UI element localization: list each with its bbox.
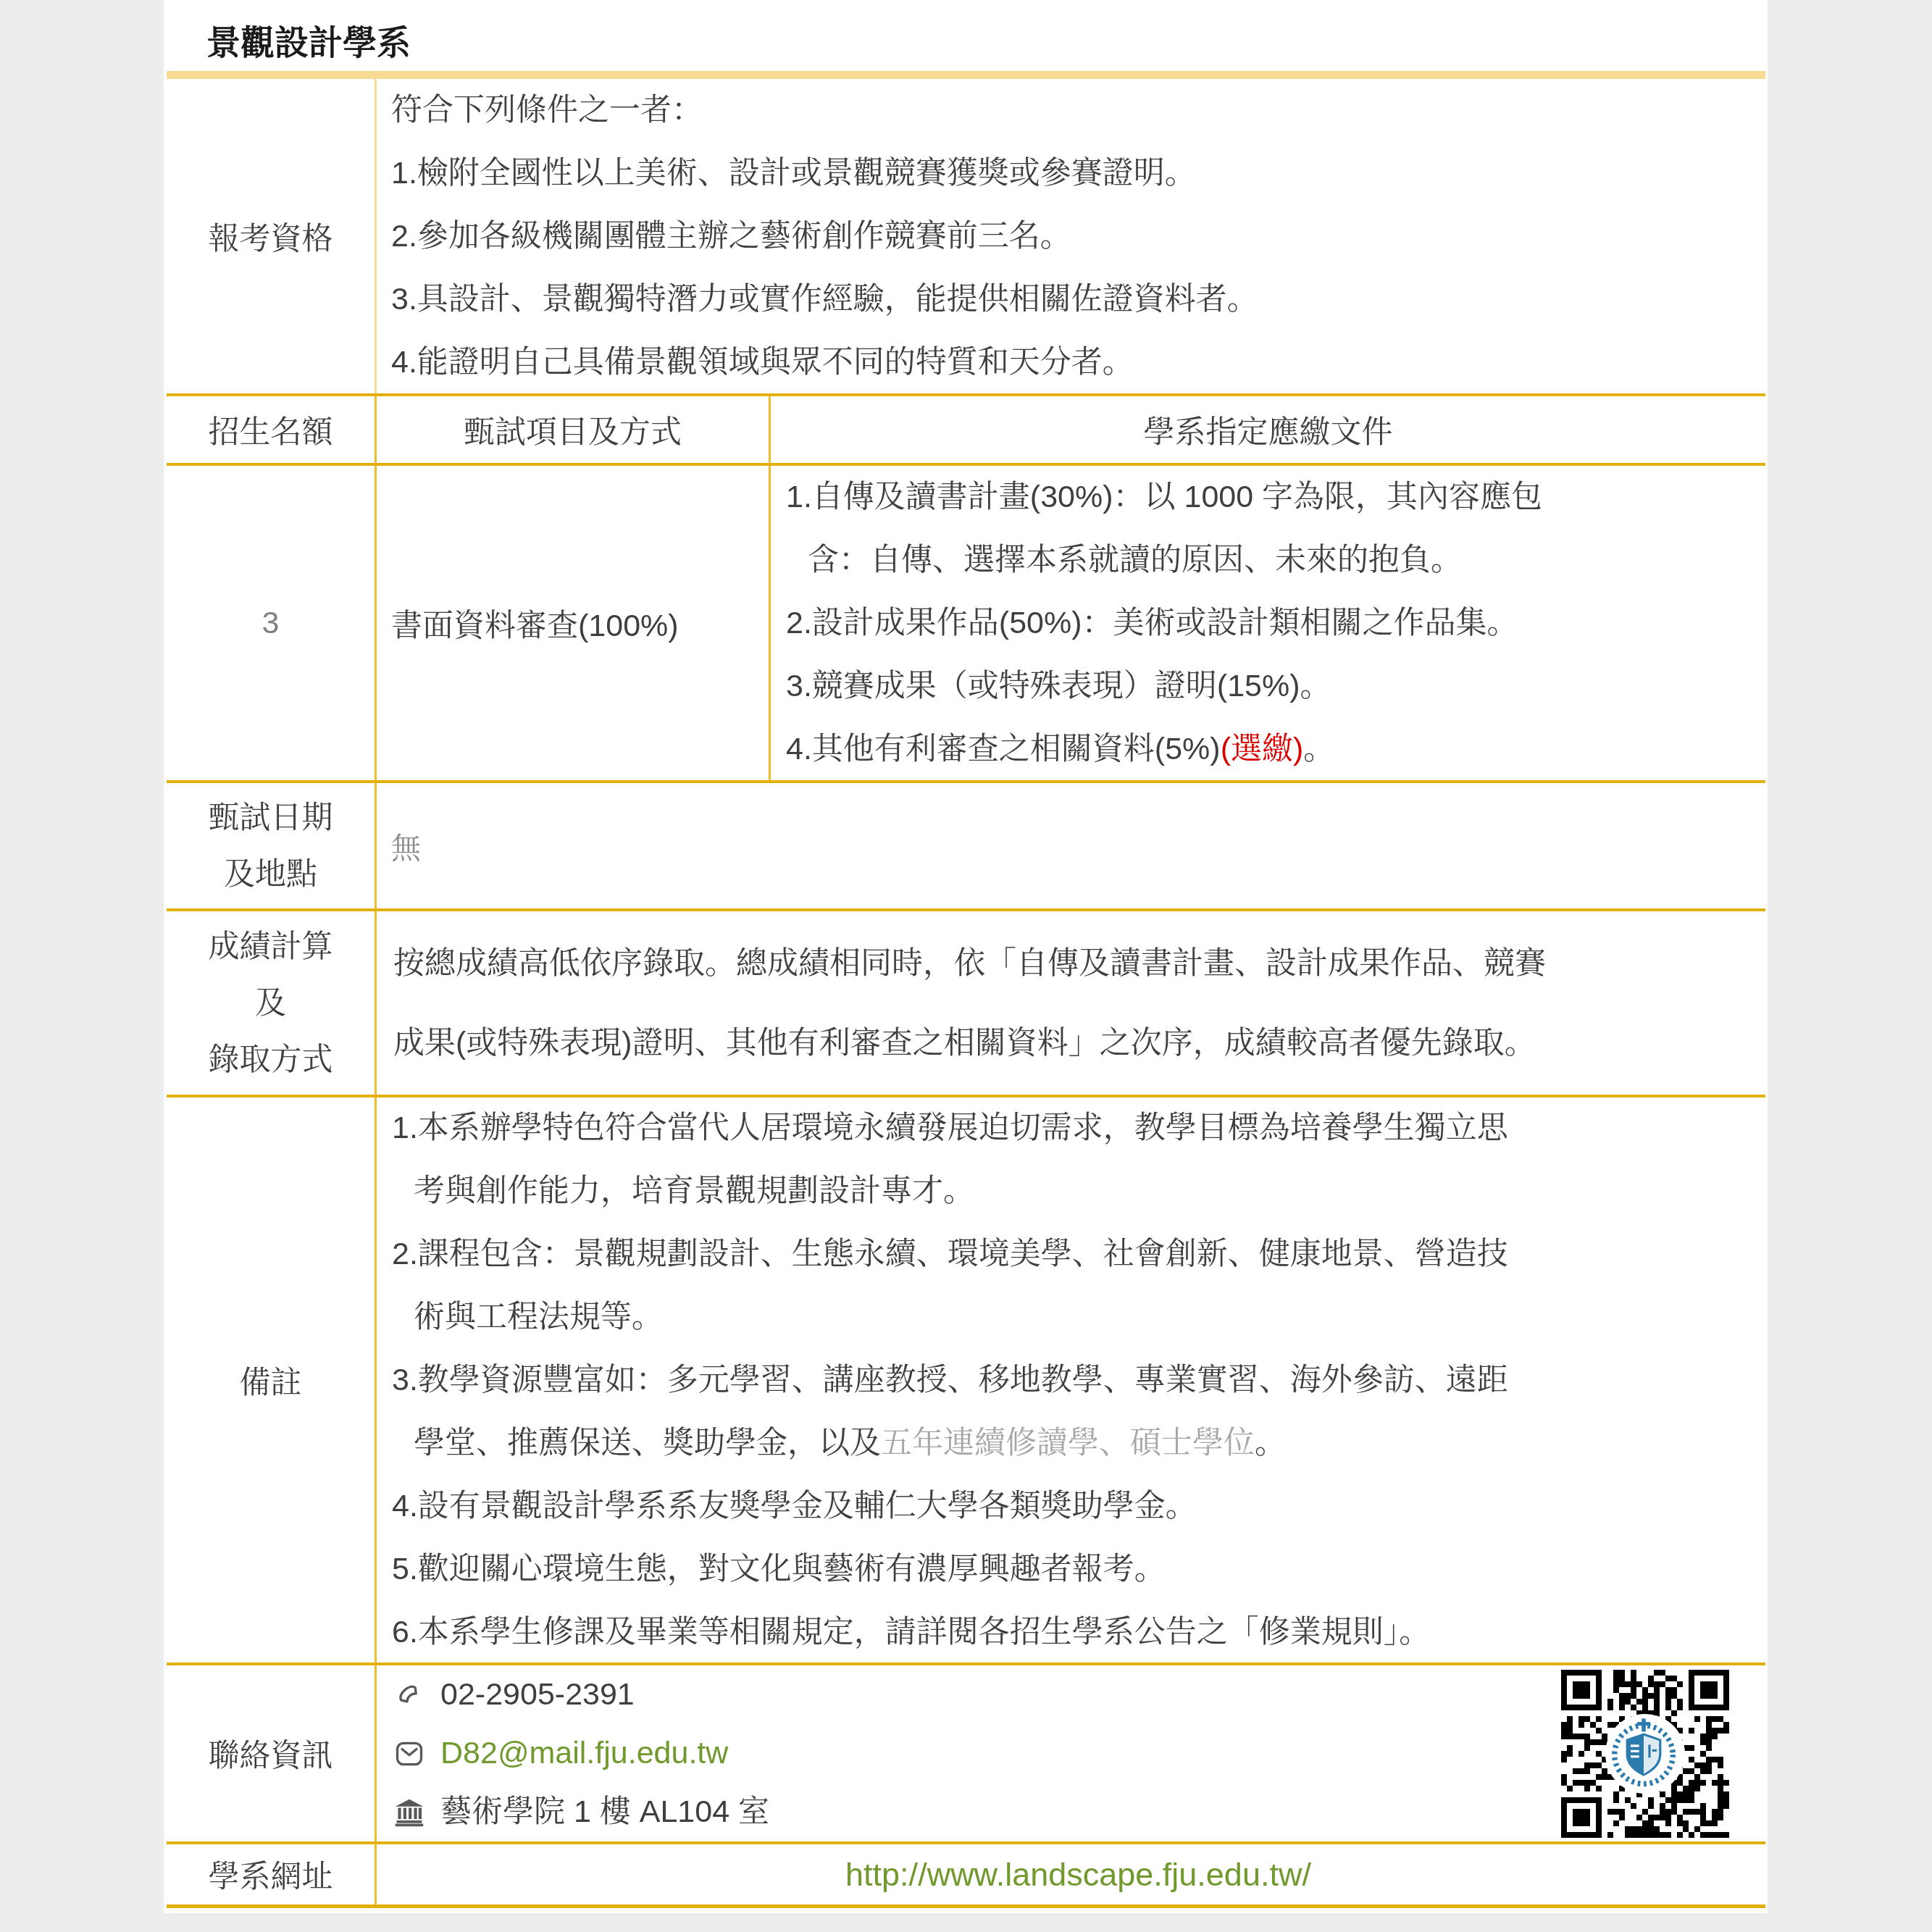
remarks-line: 6.本系學生修課及畢業等相關規定，請詳閱各招生學系公告之「修業規則」。 bbox=[392, 1601, 1765, 1663]
muted-segment: 五年連續修讀學、碩士學位 bbox=[881, 1426, 1255, 1460]
email-link[interactable]: D82@mail.fju.edu.tw bbox=[440, 1724, 728, 1783]
docs-line-optional: 4.其他有利審查之相關資料(5%)(選繳)。 bbox=[786, 718, 1765, 781]
docs-line: 3.競賽成果（或特殊表現）證明(15%)。 bbox=[786, 655, 1765, 718]
office-address: 藝術學院 1 樓 AL104 室 bbox=[440, 1783, 769, 1841]
admission-table: 報考資格 符合下列條件之一者： 1.檢附全國性以上美術、設計或景觀競賽獲獎或參賽… bbox=[167, 71, 1765, 1908]
scoring-label: 成績計算 及 錄取方式 bbox=[167, 911, 377, 1095]
header-quota: 招生名額 bbox=[167, 396, 377, 463]
mail-icon bbox=[393, 1737, 426, 1770]
qualification-label: 報考資格 bbox=[167, 79, 377, 393]
remarks-label: 備註 bbox=[167, 1097, 377, 1663]
docs-line: 2.設計成果作品(50%)：美術或設計類相關之作品集。 bbox=[786, 592, 1765, 655]
optional-tag: (選繳) bbox=[1221, 732, 1304, 766]
row-selection: 3 書面資料審查(100%) 1.自傳及讀書計畫(30%)：以 1000 字為限… bbox=[167, 463, 1765, 780]
qr-code bbox=[1561, 1670, 1729, 1838]
exam-date-content: 無 bbox=[377, 783, 1765, 908]
label-line: 錄取方式 bbox=[209, 1032, 333, 1088]
page: 景觀設計學系 報考資格 符合下列條件之一者： 1.檢附全國性以上美術、設計或景觀… bbox=[0, 0, 1932, 1932]
scoring-line: 按總成績高低依序錄取。總成績相同時，依「自傳及讀書計畫、設計成果作品、競賽 bbox=[393, 924, 1765, 1003]
remarks-line-gray: 學堂、推薦保送、獎助學金，以及五年連續修讀學、碩士學位。 bbox=[392, 1412, 1765, 1475]
method-value: 書面資料審查(100%) bbox=[377, 466, 771, 780]
contact-label: 聯絡資訊 bbox=[167, 1665, 377, 1841]
remarks-line: 3.教學資源豐富如：多元學習、講座教授、移地教學、專業實習、海外參訪、遠距 bbox=[392, 1349, 1765, 1412]
contact-address-line: 藝術學院 1 樓 AL104 室 bbox=[393, 1783, 1765, 1841]
contact-content: 02-2905-2391 D82@mail.fju.edu.tw 藝術學院 1 … bbox=[377, 1665, 1765, 1841]
docs-line: 1.自傳及讀書計畫(30%)：以 1000 字為限，其內容應包 bbox=[786, 466, 1765, 529]
remarks-line: 1.本系辦學特色符合當代人居環境永續發展迫切需求，教學目標為培養學生獨立思 bbox=[392, 1097, 1765, 1160]
remarks-line: 術與工程法規等。 bbox=[392, 1286, 1765, 1349]
header-docs: 學系指定應繳文件 bbox=[771, 396, 1765, 463]
text-segment: 。 bbox=[1255, 1426, 1286, 1460]
row-contact: 聯絡資訊 02-2905-2391 D82@mail.fju.edu.tw bbox=[167, 1663, 1765, 1841]
document-sheet: 景觀設計學系 報考資格 符合下列條件之一者： 1.檢附全國性以上美術、設計或景觀… bbox=[164, 0, 1768, 1913]
row-scoring: 成績計算 及 錄取方式 按總成績高低依序錄取。總成績相同時，依「自傳及讀書計畫、… bbox=[167, 908, 1765, 1095]
text-segment: 。 bbox=[1303, 732, 1334, 766]
website-label: 學系網址 bbox=[167, 1844, 377, 1904]
remarks-line: 5.歡迎關心環境生態，對文化與藝術有濃厚興趣者報考。 bbox=[392, 1538, 1765, 1601]
qualification-content: 符合下列條件之一者： 1.檢附全國性以上美術、設計或景觀競賽獲獎或參賽證明。 2… bbox=[377, 79, 1765, 393]
row-qualification: 報考資格 符合下列條件之一者： 1.檢附全國性以上美術、設計或景觀競賽獲獎或參賽… bbox=[167, 79, 1765, 393]
quota-value: 3 bbox=[167, 466, 377, 780]
row-exam-date: 甄試日期 及地點 無 bbox=[167, 780, 1765, 908]
qualification-line: 1.檢附全國性以上美術、設計或景觀競賽獲獎或參賽證明。 bbox=[391, 142, 1765, 205]
website-link[interactable]: http://www.landscape.fju.edu.tw/ bbox=[845, 1856, 1311, 1894]
row-remarks: 備註 1.本系辦學特色符合當代人居環境永續發展迫切需求，教學目標為培養學生獨立思… bbox=[167, 1095, 1765, 1663]
qualification-line: 2.參加各級機關團體主辦之藝術創作競賽前三名。 bbox=[391, 205, 1765, 268]
qualification-line: 符合下列條件之一者： bbox=[391, 79, 1765, 142]
page-title: 景觀設計學系 bbox=[164, 0, 1768, 71]
label-line: 甄試日期 bbox=[209, 790, 333, 846]
row-column-headers: 招生名額 甄試項目及方式 學系指定應繳文件 bbox=[167, 393, 1765, 463]
method-text: 書面資料審查(100%) bbox=[377, 601, 679, 645]
remarks-content: 1.本系辦學特色符合當代人居環境永續發展迫切需求，教學目標為培養學生獨立思 考與… bbox=[377, 1097, 1765, 1663]
scoring-content: 按總成績高低依序錄取。總成績相同時，依「自傳及讀書計畫、設計成果作品、競賽 成果… bbox=[377, 911, 1765, 1095]
header-method: 甄試項目及方式 bbox=[377, 396, 771, 463]
qualification-line: 3.具設計、景觀獨特潛力或實作經驗，能提供相關佐證資料者。 bbox=[391, 268, 1765, 331]
university-logo bbox=[1605, 1714, 1685, 1794]
contact-phone-line: 02-2905-2391 bbox=[393, 1665, 1765, 1724]
phone-icon bbox=[393, 1678, 426, 1712]
exam-date-label: 甄試日期 及地點 bbox=[167, 783, 377, 908]
docs-line: 含：自傳、選擇本系就讀的原因、未來的抱負。 bbox=[786, 529, 1765, 592]
website-content: http://www.landscape.fju.edu.tw/ bbox=[377, 1844, 1765, 1904]
row-website: 學系網址 http://www.landscape.fju.edu.tw/ bbox=[167, 1841, 1765, 1904]
remarks-line: 考與創作能力，培育景觀規劃設計專才。 bbox=[392, 1160, 1765, 1223]
docs-content: 1.自傳及讀書計畫(30%)：以 1000 字為限，其內容應包 含：自傳、選擇本… bbox=[771, 466, 1765, 780]
qualification-line: 4.能證明自己具備景觀領域與眾不同的特質和天分者。 bbox=[391, 331, 1765, 394]
remarks-line: 2.課程包含：景觀規劃設計、生態永續、環境美學、社會創新、健康地景、營造技 bbox=[392, 1223, 1765, 1286]
text-segment: 學堂、推薦保送、獎助學金，以及 bbox=[414, 1426, 881, 1460]
contact-email-line: D82@mail.fju.edu.tw bbox=[393, 1724, 1765, 1783]
label-line: 成績計算 bbox=[209, 919, 333, 975]
label-line: 及 bbox=[255, 975, 286, 1032]
exam-date-value: 無 bbox=[391, 824, 1765, 867]
building-icon bbox=[393, 1796, 426, 1829]
remarks-line: 4.設有景觀設計學系系友獎學金及輔仁大學各類獎助學金。 bbox=[392, 1475, 1765, 1538]
table-top-border bbox=[167, 71, 1765, 79]
text-segment: 4.其他有利審查之相關資料(5%) bbox=[786, 732, 1221, 766]
phone-number: 02-2905-2391 bbox=[440, 1665, 635, 1724]
label-line: 及地點 bbox=[224, 846, 317, 903]
scoring-line: 成果(或特殊表現)證明、其他有利審查之相關資料」之次序，成績較高者優先錄取。 bbox=[393, 1003, 1765, 1083]
